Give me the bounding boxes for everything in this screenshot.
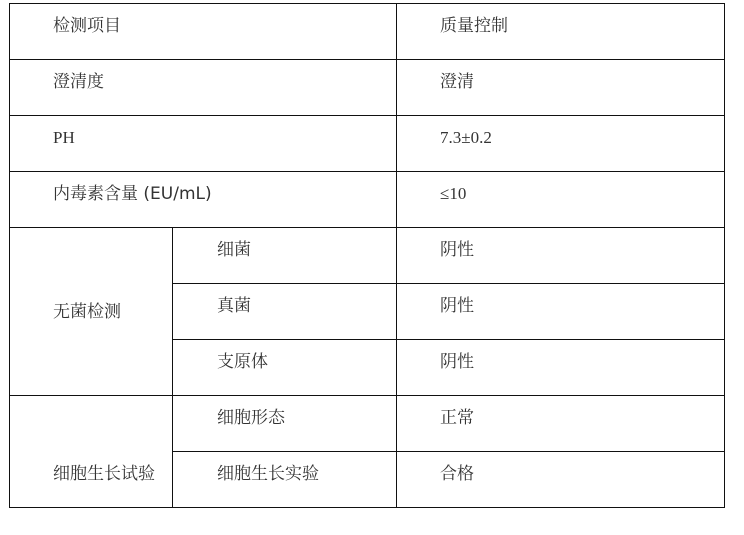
value-cell: ≤10 (397, 172, 725, 228)
value-text: 阴性 (440, 284, 724, 317)
header-qc-label: 质量控制 (440, 4, 724, 37)
value-text: ≤10 (440, 172, 724, 205)
value-cell: 阴性 (397, 340, 725, 396)
group-cell-sterility: 无菌检测 (10, 228, 173, 396)
sub-item-cell: 细胞生长实验 (173, 452, 397, 508)
item-label: 内毒素含量 (EU/mL) (53, 172, 396, 205)
header-cell-item: 检测项目 (10, 4, 397, 60)
item-cell: 澄清度 (10, 60, 397, 116)
table-header-row: 检测项目 质量控制 (10, 4, 725, 60)
item-label: PH (53, 116, 396, 149)
table-row: 细胞生长试验 细胞形态 正常 (10, 396, 725, 452)
sub-item-cell: 支原体 (173, 340, 397, 396)
value-cell: 澄清 (397, 60, 725, 116)
sub-item-label: 真菌 (217, 284, 396, 317)
value-text: 7.3±0.2 (440, 116, 724, 149)
sub-item-cell: 细胞形态 (173, 396, 397, 452)
value-text: 正常 (440, 396, 724, 429)
header-cell-qc: 质量控制 (397, 4, 725, 60)
item-label: 澄清度 (53, 60, 396, 93)
value-cell: 阴性 (397, 228, 725, 284)
value-cell: 合格 (397, 452, 725, 508)
sub-item-label: 细菌 (217, 228, 396, 261)
value-cell: 阴性 (397, 284, 725, 340)
sub-item-cell: 真菌 (173, 284, 397, 340)
sub-item-label: 细胞形态 (217, 396, 396, 429)
value-text: 阴性 (440, 340, 724, 373)
item-cell: PH (10, 116, 397, 172)
table-row: 澄清度 澄清 (10, 60, 725, 116)
sub-item-label: 细胞生长实验 (217, 452, 396, 485)
table-row: 内毒素含量 (EU/mL) ≤10 (10, 172, 725, 228)
group-cell-cell-growth: 细胞生长试验 (10, 396, 173, 508)
table-row: 无菌检测 细菌 阴性 (10, 228, 725, 284)
sub-item-cell: 细菌 (173, 228, 397, 284)
value-text: 澄清 (440, 60, 724, 93)
quality-control-table: 检测项目 质量控制 澄清度 澄清 PH 7.3±0.2 内毒素含量 ( (9, 3, 725, 508)
group-label: 细胞生长试验 (53, 463, 172, 507)
sub-item-label: 支原体 (217, 340, 396, 373)
value-cell: 7.3±0.2 (397, 116, 725, 172)
item-cell: 内毒素含量 (EU/mL) (10, 172, 397, 228)
value-cell: 正常 (397, 396, 725, 452)
header-item-label: 检测项目 (53, 4, 396, 37)
table-row: PH 7.3±0.2 (10, 116, 725, 172)
value-text: 阴性 (440, 228, 724, 261)
group-label: 无菌检测 (53, 301, 172, 323)
value-text: 合格 (440, 452, 724, 485)
